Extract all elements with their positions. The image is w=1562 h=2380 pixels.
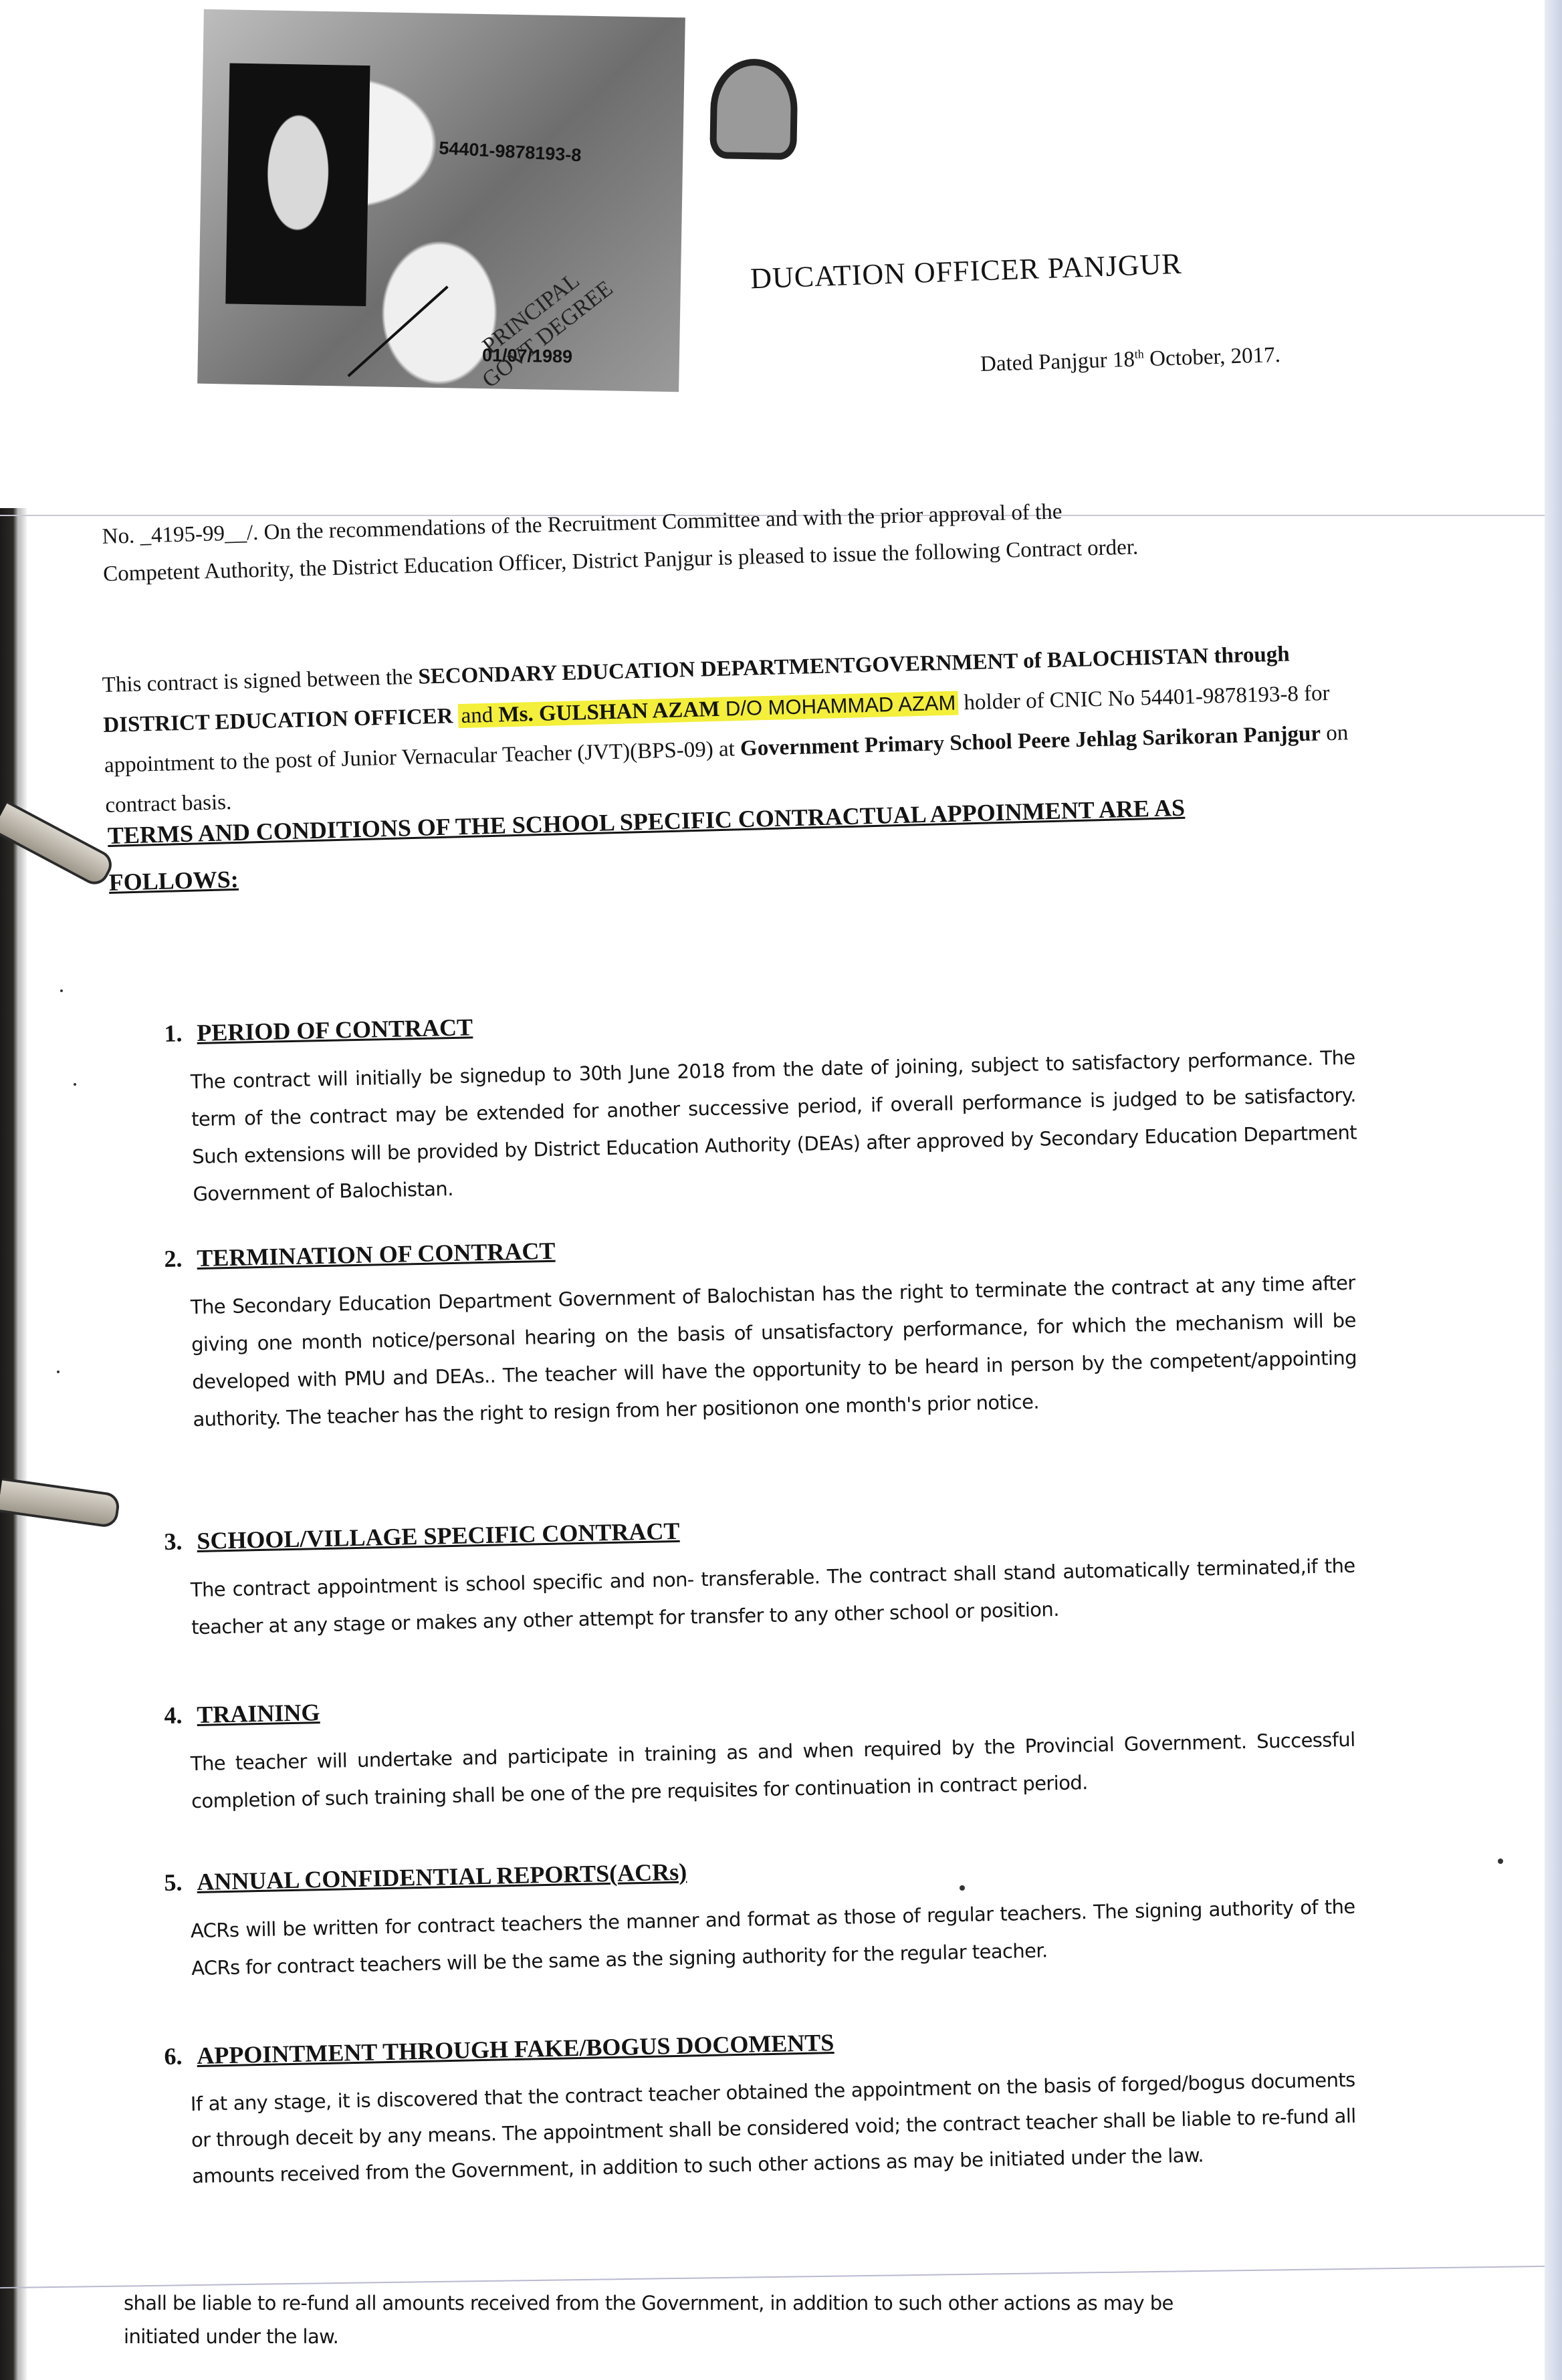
section-body: The Secondary Education Department Gover… — [190, 1264, 1357, 1438]
dated-sup: th — [1134, 347, 1144, 360]
highlighted-teacher-name: and Ms. GULSHAN AZAM D/O MOHAMMAD AZAM — [458, 691, 959, 728]
scan-speck — [57, 1371, 60, 1373]
card-cnic-number: 54401-9878193-8 — [439, 138, 582, 166]
section-title: APPOINTMENT THROUGH FAKE/BOGUS DOCOMENTS — [197, 2028, 834, 2070]
scan-speck — [60, 989, 63, 992]
section-period-of-contract: 1.PERIOD OF CONTRACT The contract will i… — [164, 995, 1358, 1213]
section-number: 1. — [164, 1019, 183, 1048]
id-photo — [225, 63, 370, 306]
section-title: TERMINATION OF CONTRACT — [197, 1237, 556, 1272]
section-number: 3. — [164, 1527, 183, 1556]
dated-suffix: October, 2017. — [1143, 343, 1280, 371]
party-department: SECONDARY EDUCATION DEPARTMENTGOVERNMENT… — [418, 644, 1209, 689]
government-emblem-icon — [709, 58, 798, 160]
section-body: The teacher will undertake and participa… — [190, 1721, 1356, 1820]
school-name: Government Primary School Peere Jehlag S… — [740, 721, 1321, 761]
page-right-edge — [1545, 0, 1562, 2380]
scan-speck — [960, 1885, 965, 1891]
section-title: TRAINING — [197, 1698, 320, 1729]
section-body: The contract appointment is school speci… — [190, 1547, 1356, 1646]
section-number: 2. — [164, 1244, 183, 1273]
scan-speck — [1498, 1859, 1503, 1864]
section-body: If at any stage, it is discovered that t… — [190, 2062, 1357, 2194]
section-number: 5. — [164, 1868, 183, 1897]
section-termination-of-contract: 2.TERMINATION OF CONTRACT The Secondary … — [164, 1220, 1358, 1439]
section-body: The contract will initially be signedup … — [190, 1039, 1357, 1213]
section-number: 6. — [164, 2042, 183, 2070]
scan-speck — [74, 1083, 76, 1086]
section-body: ACRs will be written for contract teache… — [190, 1888, 1356, 1987]
through-word: through — [1208, 642, 1290, 668]
binder-spine — [0, 508, 19, 2380]
party-teacher: Ms. GULSHAN AZAM — [498, 697, 720, 727]
section-annual-confidential-reports: 5.ANNUAL CONFIDENTIAL REPORTS(ACRs) ACRs… — [164, 1844, 1356, 1988]
section-training: 4.TRAINING The teacher will undertake an… — [164, 1677, 1356, 1820]
section-title: ANNUAL CONFIDENTIAL REPORTS(ACRs) — [197, 1858, 687, 1896]
dated-prefix: Dated Panjgur 18 — [980, 348, 1135, 376]
order-number: No. _4195-99__/. — [102, 521, 259, 549]
section-school-village-specific: 3.SCHOOL/VILLAGE SPECIFIC CONTRACT The c… — [164, 1503, 1356, 1647]
and-word: and — [461, 703, 499, 727]
section-number: 4. — [164, 1701, 183, 1730]
party-officer: DISTRICT EDUCATION OFFICER — [103, 704, 453, 737]
section-fake-documents: 6.APPOINTMENT THROUGH FAKE/BOGUS DOCOMEN… — [164, 2018, 1357, 2195]
binder-spine-edge — [19, 508, 27, 2380]
teacher-parent: D/O MOHAMMAD AZAM — [719, 691, 956, 721]
underlying-page-fragment: shall be liable to re-fund all amounts r… — [124, 2286, 1301, 2353]
contract-intro: This contract is signed between the — [102, 665, 419, 697]
page-overlap-edge — [0, 2266, 1545, 2288]
fragment-line2: initiated under the law. — [124, 2320, 1301, 2353]
section-title: SCHOOL/VILLAGE SPECIFIC CONTRACT — [197, 1517, 680, 1555]
section-title: PERIOD OF CONTRACT — [197, 1013, 473, 1047]
fragment-line1: shall be liable to re-fund all amounts r… — [124, 2286, 1301, 2320]
